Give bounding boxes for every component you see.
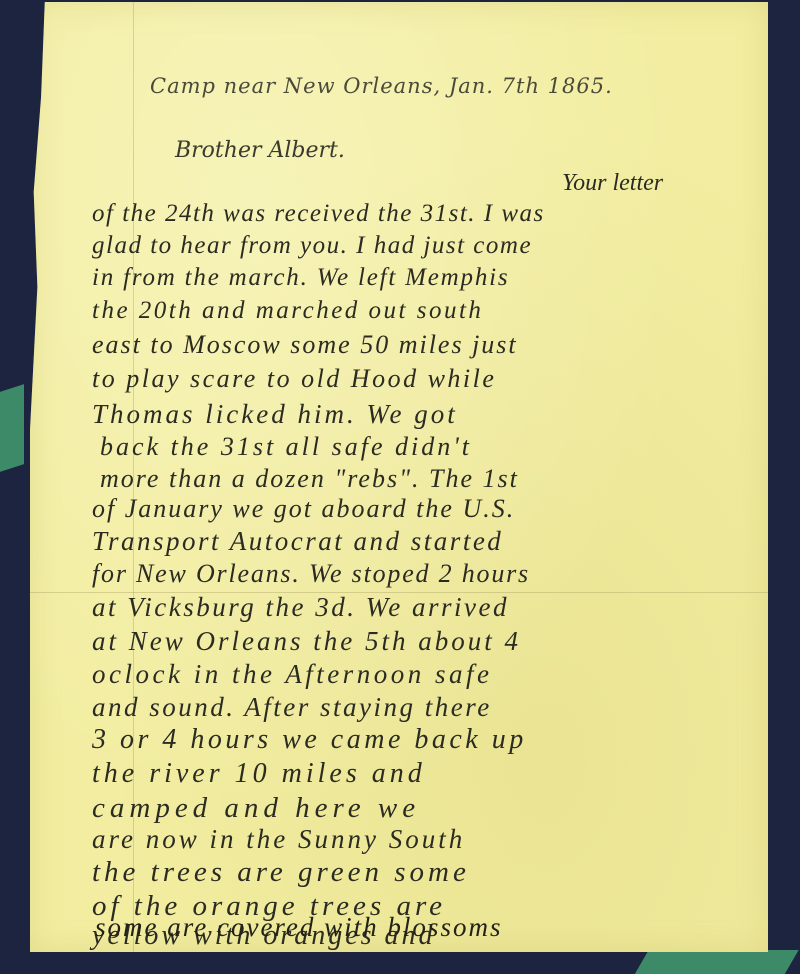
letter-line: of the 24th was received the 31st. I was — [92, 200, 545, 228]
letter-line: of January we got aboard the U.S. — [92, 494, 515, 524]
letter-salutation: Brother Albert. — [175, 138, 345, 163]
letter-line: 3 or 4 hours we came back up — [92, 724, 527, 756]
letter-line: the trees are green some — [92, 856, 470, 889]
letter-line-last: some are covered with blossoms — [95, 912, 502, 943]
letter-heading: Camp near New Orleans, Jan. 7th 1865. — [150, 74, 613, 98]
letter-line: for New Orleans. We stoped 2 hours — [92, 559, 530, 589]
letter-line: the river 10 miles and — [92, 758, 426, 790]
letter-line: at New Orleans the 5th about 4 — [92, 626, 521, 657]
letter-line: and sound. After staying there — [92, 692, 492, 723]
letter-line: at Vicksburg the 3d. We arrived — [92, 592, 509, 623]
letter-line: are now in the Sunny South — [92, 824, 465, 855]
letter-line: the 20th and marched out south — [92, 297, 483, 325]
letter-line: glad to hear from you. I had just come — [92, 232, 532, 260]
letter-line: oclock in the Afternoon safe — [92, 659, 492, 690]
letter-line: camped and here we — [92, 792, 420, 825]
background-green-patch-bottom — [631, 950, 798, 974]
letter-line: Your letter — [562, 170, 663, 197]
letter-line: Transport Autocrat and started — [92, 526, 503, 557]
letter-line: in from the march. We left Memphis — [92, 264, 509, 292]
background-green-patch-left — [0, 384, 24, 472]
letter-line: east to Moscow some 50 miles just — [92, 330, 518, 360]
letter-paper: Camp near New Orleans, Jan. 7th 1865. Br… — [30, 2, 768, 952]
letter-line: back the 31st all safe didn't — [100, 432, 472, 462]
letter-body: Camp near New Orleans, Jan. 7th 1865. Br… — [30, 2, 768, 952]
letter-line: more than a dozen "rebs". The 1st — [100, 464, 519, 494]
letter-line: Thomas licked him. We got — [92, 399, 458, 430]
letter-line: to play scare to old Hood while — [92, 364, 496, 394]
